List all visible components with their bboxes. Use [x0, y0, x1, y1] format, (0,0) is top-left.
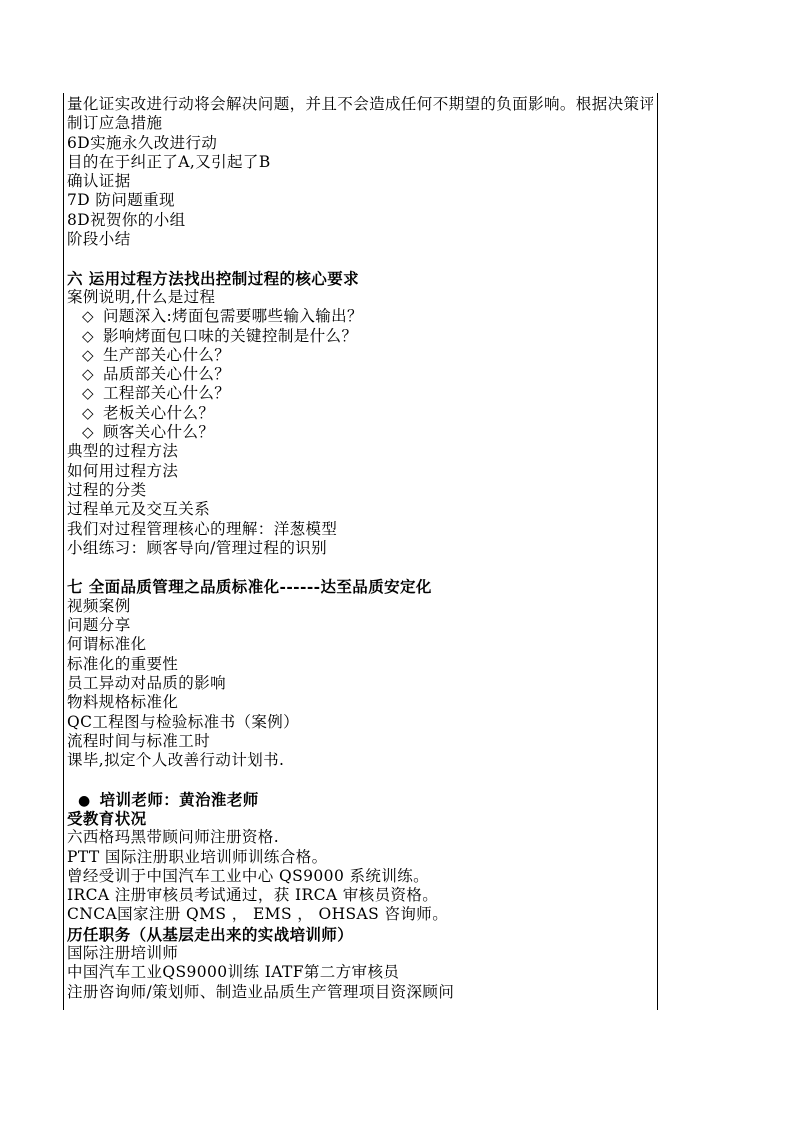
- line-text: 何谓标准化: [67, 635, 147, 653]
- line-text: 历任职务（从基层走出来的实战培训师）: [67, 925, 353, 944]
- line-text: 问题分享: [67, 616, 131, 634]
- text-line: 何谓标准化: [67, 635, 653, 654]
- text-line: 典型的过程方法: [67, 442, 653, 461]
- heading-line: 七 全面品质管理之品质标准化------达至品质安定化: [67, 577, 653, 596]
- line-text: 过程单元及交互关系: [67, 500, 210, 518]
- line-text: QC工程图与检验标准书（案例）: [67, 713, 299, 731]
- text-line: 物料规格标准化: [67, 693, 653, 712]
- line-text: 课毕,拟定个人改善行动计划书.: [67, 751, 284, 769]
- heading-line: 受教育状况: [67, 809, 653, 828]
- diamond-bullet-icon: ◇: [82, 384, 94, 403]
- line-text: 中国汽车工业QS9000训练 IATF第二方审核员: [67, 963, 399, 981]
- line-text: 问题深入:烤面包需要哪些输入输出？: [103, 307, 363, 325]
- line-text: 典型的过程方法: [67, 442, 178, 460]
- text-line: 6D实施永久改进行动: [67, 134, 653, 153]
- text-line: 制订应急措施: [67, 114, 653, 133]
- line-text: 阶段小结: [67, 230, 131, 248]
- text-line: PTT 国际注册职业培训师训练合格。: [67, 848, 653, 867]
- line-text: 制订应急措施: [67, 114, 162, 132]
- line-text: 量化证实改进行动将会解决问题，并且不会造成任何不期望的负面影响。根据决策评价,: [67, 95, 653, 113]
- text-line: 问题分享: [67, 616, 653, 635]
- line-text: 确认证据: [67, 172, 131, 190]
- line-text: 影响烤面包口味的关键控制是什么？: [103, 327, 357, 345]
- text-line: ◇品质部关心什么？: [67, 365, 653, 384]
- circle-bullet-icon: ●: [78, 792, 91, 809]
- text-line: 注册咨询师/策划师、制造业品质生产管理项目资深顾问: [67, 983, 653, 1002]
- line-text: 六 运用过程方法找出控制过程的核心要求: [67, 269, 359, 288]
- text-line: 中国汽车工业QS9000训练 IATF第二方审核员: [67, 963, 653, 982]
- text-line: ◇问题深入:烤面包需要哪些输入输出？: [67, 307, 653, 326]
- line-text: CNCA国家注册 QMS ， EMS ， OHSAS 咨询师。: [67, 905, 448, 923]
- text-line: 课毕,拟定个人改善行动计划书.: [67, 751, 653, 770]
- heading-line: ●培训老师：黄治淮老师: [67, 790, 653, 809]
- text-line: 员工异动对品质的影响: [67, 674, 653, 693]
- line-text: IRCA 注册审核员考试通过，获 IRCA 审核员资格。: [67, 886, 438, 904]
- heading-line: 六 运用过程方法找出控制过程的核心要求: [67, 269, 653, 288]
- line-text: 国际注册培训师: [67, 944, 178, 962]
- line-text: 流程时间与标准工时: [67, 732, 210, 750]
- line-text: 顾客关心什么？: [103, 423, 214, 441]
- text-line: QC工程图与检验标准书（案例）: [67, 713, 653, 732]
- line-text: 小组练习：顾客导向/管理过程的识别: [67, 539, 327, 557]
- text-line: ◇顾客关心什么？: [67, 423, 653, 442]
- text-line: 国际注册培训师: [67, 944, 653, 963]
- text-line: 小组练习：顾客导向/管理过程的识别: [67, 539, 653, 558]
- diamond-bullet-icon: ◇: [82, 327, 94, 346]
- line-text: 过程的分类: [67, 481, 147, 499]
- line-text: 6D实施永久改进行动: [67, 134, 217, 152]
- text-line: ◇工程部关心什么？: [67, 384, 653, 403]
- line-text: 培训老师：黄治淮老师: [100, 790, 259, 809]
- text-line: 目的在于纠正了A,又引起了B: [67, 153, 653, 172]
- line-text: 如何用过程方法: [67, 462, 178, 480]
- line-text: 员工异动对品质的影响: [67, 674, 226, 692]
- diamond-bullet-icon: ◇: [82, 423, 94, 442]
- blank-line: [67, 770, 653, 789]
- diamond-bullet-icon: ◇: [82, 307, 94, 326]
- text-line: 如何用过程方法: [67, 462, 653, 481]
- line-text: 物料规格标准化: [67, 693, 178, 711]
- heading-line: 历任职务（从基层走出来的实战培训师）: [67, 925, 653, 944]
- line-text: 8D祝贺你的小组: [67, 211, 186, 229]
- text-line: 案例说明,什么是过程: [67, 288, 653, 307]
- line-text: 目的在于纠正了A,又引起了B: [67, 153, 271, 171]
- text-line: 8D祝贺你的小组: [67, 211, 653, 230]
- line-text: 7D 防问题重现: [67, 191, 175, 209]
- line-text: 我们对过程管理核心的理解：洋葱模型: [67, 520, 337, 538]
- text-line: 确认证据: [67, 172, 653, 191]
- line-text: PTT 国际注册职业培训师训练合格。: [67, 848, 328, 866]
- diamond-bullet-icon: ◇: [82, 365, 94, 384]
- text-line: 曾经受训于中国汽车工业中心 QS9000 系统训练。: [67, 867, 653, 886]
- text-line: CNCA国家注册 QMS ， EMS ， OHSAS 咨询师。: [67, 905, 653, 924]
- text-line: 标准化的重要性: [67, 655, 653, 674]
- text-line: 过程的分类: [67, 481, 653, 500]
- diamond-bullet-icon: ◇: [82, 404, 94, 423]
- text-line: 量化证实改进行动将会解决问题，并且不会造成任何不期望的负面影响。根据决策评价,: [67, 95, 653, 114]
- line-text: 工程部关心什么？: [103, 384, 230, 402]
- text-line: 六西格玛黑带顾问师注册资格.: [67, 828, 653, 847]
- line-text: 标准化的重要性: [67, 655, 178, 673]
- line-text: 案例说明,什么是过程: [67, 288, 215, 306]
- line-text: 六西格玛黑带顾问师注册资格.: [67, 828, 279, 846]
- text-line: 我们对过程管理核心的理解：洋葱模型: [67, 520, 653, 539]
- line-text: 生产部关心什么？: [103, 346, 230, 364]
- line-text: 七 全面品质管理之品质标准化------达至品质安定化: [67, 577, 432, 596]
- document-page: 量化证实改进行动将会解决问题，并且不会造成任何不期望的负面影响。根据决策评价,制…: [0, 0, 795, 1124]
- text-line: ◇影响烤面包口味的关键控制是什么？: [67, 327, 653, 346]
- line-text: 注册咨询师/策划师、制造业品质生产管理项目资深顾问: [67, 983, 454, 1001]
- diamond-bullet-icon: ◇: [82, 346, 94, 365]
- text-line: 阶段小结: [67, 230, 653, 249]
- text-line: ◇生产部关心什么？: [67, 346, 653, 365]
- line-text: 受教育状况: [67, 809, 147, 828]
- blank-line: [67, 249, 653, 268]
- line-text: 品质部关心什么？: [103, 365, 230, 383]
- text-line: IRCA 注册审核员考试通过，获 IRCA 审核员资格。: [67, 886, 653, 905]
- line-text: 曾经受训于中国汽车工业中心 QS9000 系统训练。: [67, 867, 429, 885]
- line-text: 视频案例: [67, 597, 131, 615]
- course-outline-text: 量化证实改进行动将会解决问题，并且不会造成任何不期望的负面影响。根据决策评价,制…: [67, 95, 653, 1002]
- blank-line: [67, 558, 653, 577]
- text-line: ◇老板关心什么？: [67, 404, 653, 423]
- text-line: 流程时间与标准工时: [67, 732, 653, 751]
- text-line: 过程单元及交互关系: [67, 500, 653, 519]
- line-text: 老板关心什么？: [103, 404, 214, 422]
- text-line: 7D 防问题重现: [67, 191, 653, 210]
- text-line: 视频案例: [67, 597, 653, 616]
- table-cell: 量化证实改进行动将会解决问题，并且不会造成任何不期望的负面影响。根据决策评价,制…: [63, 93, 658, 1010]
